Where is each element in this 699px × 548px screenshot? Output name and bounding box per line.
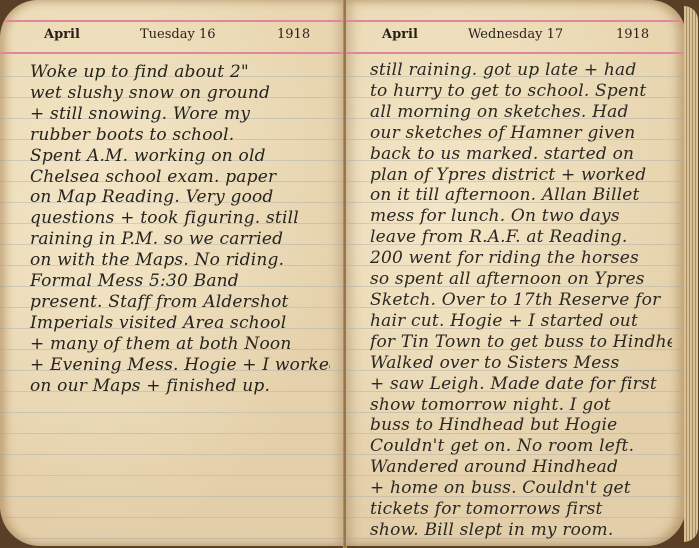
entry-line: Imperials visited Area school bbox=[30, 313, 330, 334]
entry-line: + home on buss. Couldn't get bbox=[370, 478, 672, 499]
entry-line: hair cut. Hogie + I started out bbox=[370, 311, 672, 332]
entry-line: on Map Reading. Very good bbox=[30, 187, 330, 208]
header-day: Wednesday 17 bbox=[468, 27, 563, 42]
entry-line: for Tin Town to get buss to Hindhead bbox=[370, 332, 672, 353]
entry-line: Sketch. Over to 17th Reserve for bbox=[370, 290, 672, 311]
entry-line: on with the Maps. No riding. bbox=[30, 250, 330, 271]
header-month: April bbox=[44, 27, 80, 42]
entry-line: + still snowing. Wore my bbox=[30, 104, 330, 125]
entry-line: Walked over to Sisters Mess bbox=[370, 353, 672, 374]
page-edges bbox=[684, 6, 698, 542]
right-page: April Wednesday 17 1918 still raining. g… bbox=[346, 0, 686, 546]
entry-line: buss to Hindhead but Hogie bbox=[370, 415, 672, 436]
entry-line: Spent A.M. working on old bbox=[30, 146, 330, 167]
entry-line: back to us marked. started on bbox=[370, 144, 672, 165]
entry-line: mess for lunch. On two days bbox=[370, 206, 672, 227]
entry-line: our sketches of Hamner given bbox=[370, 123, 672, 144]
entry-line: + many of them at both Noon bbox=[30, 334, 330, 355]
diary-entry: still raining. got up late + had to hurr… bbox=[370, 60, 672, 541]
entry-line: so spent all afternoon on Ypres bbox=[370, 269, 672, 290]
page-header: April Tuesday 16 1918 bbox=[0, 24, 344, 48]
entry-line: Wandered around Hindhead bbox=[370, 457, 672, 478]
entry-line: present. Staff from Aldershot bbox=[30, 292, 330, 313]
entry-line: all morning on sketches. Had bbox=[370, 102, 672, 123]
header-rule-top bbox=[346, 20, 686, 22]
header-rule-bottom bbox=[0, 52, 344, 54]
entry-line: on it till afternoon. Allan Billet bbox=[370, 185, 672, 206]
entry-line: still raining. got up late + had bbox=[370, 60, 672, 81]
entry-line: + saw Leigh. Made date for first bbox=[370, 374, 672, 395]
entry-line: tickets for tomorrows first bbox=[370, 499, 672, 520]
entry-line: 200 went for riding the horses bbox=[370, 248, 672, 269]
entry-line: Chelsea school exam. paper bbox=[30, 167, 330, 188]
entry-line: leave from R.A.F. at Reading. bbox=[370, 227, 672, 248]
header-rule-top bbox=[0, 20, 344, 22]
entry-line: show tomorrow night. I got bbox=[370, 395, 672, 416]
entry-line: rubber boots to school. bbox=[30, 125, 330, 146]
header-year: 1918 bbox=[277, 27, 310, 42]
header-year: 1918 bbox=[616, 27, 649, 42]
left-page: April Tuesday 16 1918 Woke up to find ab… bbox=[0, 0, 344, 546]
entry-line: Couldn't get on. No room left. bbox=[370, 436, 672, 457]
page-header: April Wednesday 17 1918 bbox=[346, 24, 686, 48]
entry-line: show. Bill slept in my room. bbox=[370, 520, 672, 541]
entry-line: on our Maps + finished up. bbox=[30, 376, 330, 397]
diary-spread: April Tuesday 16 1918 Woke up to find ab… bbox=[0, 0, 699, 548]
entry-line: + Evening Mess. Hogie + I worked bbox=[30, 355, 330, 376]
entry-line: wet slushy snow on ground bbox=[30, 83, 330, 104]
entry-line: Formal Mess 5:30 Band bbox=[30, 271, 330, 292]
header-month: April bbox=[382, 27, 418, 42]
entry-line: raining in P.M. so we carried bbox=[30, 229, 330, 250]
entry-line: plan of Ypres district + worked bbox=[370, 165, 672, 186]
entry-line: Woke up to find about 2" bbox=[30, 62, 330, 83]
entry-line: questions + took figuring. still bbox=[30, 208, 330, 229]
header-rule-bottom bbox=[346, 52, 686, 54]
header-day: Tuesday 16 bbox=[140, 27, 216, 42]
diary-entry: Woke up to find about 2" wet slushy snow… bbox=[30, 62, 330, 397]
entry-line: to hurry to get to school. Spent bbox=[370, 81, 672, 102]
